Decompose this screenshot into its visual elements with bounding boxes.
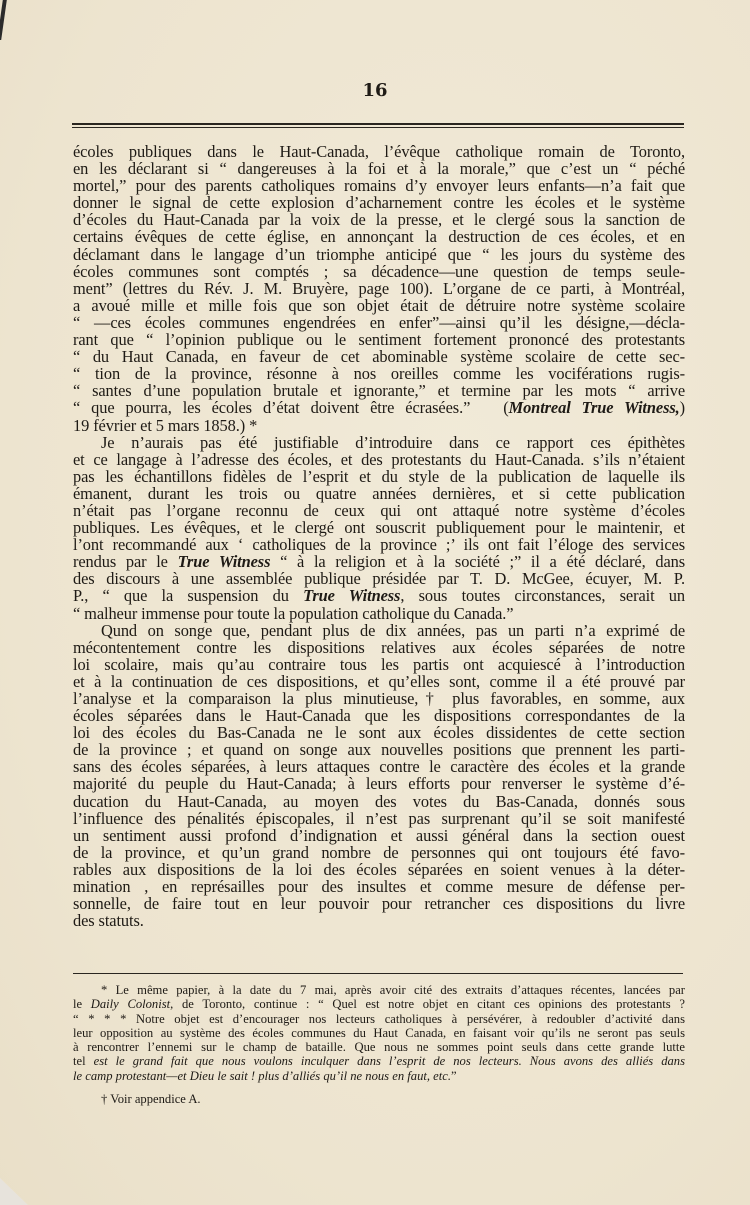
- text-line: rables aux dispositions de la loi des éc…: [73, 861, 685, 878]
- paragraph-2: Je n’aurais pas été justifiable d’introd…: [73, 434, 685, 622]
- text-line: en les déclarant si “ dangereuses à la f…: [73, 160, 685, 177]
- footnote-line: le Daily Colonist, de Toronto, continue …: [73, 997, 685, 1011]
- text-line: mécontentement contre les dispositions r…: [73, 639, 685, 656]
- text-line: pas les échantillons fidèles de l’esprit…: [73, 468, 685, 485]
- text-line: loi des écoles du Bas-Canada ne le sont …: [73, 724, 685, 741]
- text-line: Qund on songe que, pendant plus de dix a…: [73, 622, 685, 639]
- text-line: certains évêques de cette église, en ann…: [73, 228, 685, 245]
- text-line: rendus par le True Witness “ à la religi…: [73, 553, 685, 570]
- footnote-line: le camp protestant—et Dieu le sait ! plu…: [73, 1069, 685, 1083]
- text-line: émanent, durant les trois ou quatre anné…: [73, 485, 685, 502]
- text-line: 19 février et 5 mars 1858.) *: [73, 417, 685, 434]
- publication-title: True Witness: [303, 586, 400, 605]
- footnote-line: leur opposition au système des écoles co…: [73, 1026, 685, 1040]
- text-line: P., “ que la suspension du True Witness,…: [73, 587, 685, 604]
- text-line: “ que pourra, les écoles d’état doivent …: [73, 399, 685, 416]
- text-fragment: , sous toutes circonstances, serait un: [400, 586, 685, 605]
- text-line: majorité du peuple du Haut-Canada; à leu…: [73, 775, 685, 792]
- page-edge-shadow: [0, 0, 7, 40]
- text-line: de la province ; et quand on songe aux n…: [73, 741, 685, 758]
- text-line: “ santes d’une population brutale et ign…: [73, 382, 685, 399]
- text-line: “ —ces écoles communes engendrées en enf…: [73, 314, 685, 331]
- text-line: mortel,” pour des parents catholiques ro…: [73, 177, 685, 194]
- text-line: l’analyse et la comparaison la plus minu…: [73, 690, 685, 707]
- text-line: déclamant dans le langage d’un triomphe …: [73, 246, 685, 263]
- footnote-star: * Le même papier, à la date du 7 mai, ap…: [73, 983, 685, 1083]
- footnote-line: à rencontrer l’ennemi sur le champ de ba…: [73, 1040, 685, 1054]
- document-page: 16 écoles publiques dans le Haut-Canada,…: [0, 0, 750, 1205]
- paragraph-1: écoles publiques dans le Haut-Canada, l’…: [73, 143, 685, 434]
- text-fragment: , de Toronto, continue : “ Quel est notr…: [170, 997, 685, 1011]
- text-line: n’était pas l’organe reconnu de ceux qui…: [73, 502, 685, 519]
- italic-quote: est le grand fait que nous voulons incul…: [94, 1054, 685, 1068]
- footnote-line: “ * * * Notre objet est d’encourager nos…: [73, 1012, 685, 1026]
- text-line: ment” (lettres du Rév. J. M. Bruyère, pa…: [73, 280, 685, 297]
- header-rule: [72, 123, 684, 128]
- text-line: ducation du Haut-Canada, au moyen des vo…: [73, 793, 685, 810]
- text-line: donner le signal de cette explosion d’ac…: [73, 194, 685, 211]
- text-line: l’ont recommandé aux ‘ catholiques de la…: [73, 536, 685, 553]
- text-line: écoles publiques dans le Haut-Canada, l’…: [73, 143, 685, 160]
- text-line: Je n’aurais pas été justifiable d’introd…: [73, 434, 685, 451]
- quote-text: “ que pourra, les écoles d’état doivent …: [73, 398, 470, 417]
- text-line: publiques. Les évêques, et le clergé ont…: [73, 519, 685, 536]
- text-line: rant que “ l’opinion publique ou le sent…: [73, 331, 685, 348]
- footnotes: * Le même papier, à la date du 7 mai, ap…: [73, 983, 685, 1106]
- text-line: un sentiment aussi profond d’indignation…: [73, 827, 685, 844]
- text-fragment: ”: [451, 1069, 457, 1083]
- text-line: sans des écoles séparées, à leurs attaqu…: [73, 758, 685, 775]
- citation-close: ): [680, 398, 685, 417]
- paragraph-3: Qund on songe que, pendant plus de dix a…: [73, 622, 685, 930]
- text-line: écoles communes sont comptés ; sa décade…: [73, 263, 685, 280]
- text-line: des statuts.: [73, 912, 685, 929]
- text-line: d’écoles du Haut-Canada par la voix de l…: [73, 211, 685, 228]
- text-fragment: P., “ que la suspension du: [73, 586, 303, 605]
- text-fragment: le: [73, 997, 91, 1011]
- citation-source: Montreal True Witness,: [509, 398, 680, 417]
- publication-title: Daily Colonist: [91, 997, 170, 1011]
- text-line: et ce langage à l’adresse des écoles, et…: [73, 451, 685, 468]
- footnote-dagger: † Voir appendice A.: [73, 1092, 685, 1106]
- page-number: 16: [0, 80, 750, 101]
- footnote-line: * Le même papier, à la date du 7 mai, ap…: [73, 983, 685, 997]
- text-line: “ malheur immense pour toute la populati…: [73, 605, 685, 622]
- italic-quote: le camp protestant—et Dieu le sait ! plu…: [73, 1069, 451, 1083]
- text-line: des discours à une assemblée publique pr…: [73, 570, 685, 587]
- footnote-line: tel est le grand fait que nous voulons i…: [73, 1054, 685, 1068]
- text-fragment: tel: [73, 1054, 94, 1068]
- text-line: “ du Haut Canada, en faveur de cet abomi…: [73, 348, 685, 365]
- footnote-rule: [73, 973, 683, 974]
- text-line: sonnelle, de faire tout en leur pouvoir …: [73, 895, 685, 912]
- text-line: écoles séparées dans le Haut-Canada que …: [73, 707, 685, 724]
- text-line: “ tion de la province, résonne à nos ore…: [73, 365, 685, 382]
- text-line: a avoué mille et mille fois que son obje…: [73, 297, 685, 314]
- body-text: écoles publiques dans le Haut-Canada, l’…: [73, 143, 685, 929]
- text-line: et à la continuation de ces dispositions…: [73, 673, 685, 690]
- text-line: de la province, et qu’un grand nombre de…: [73, 844, 685, 861]
- text-line: loi scolaire, mais qu’au contraire tous …: [73, 656, 685, 673]
- text-line: mination , en représailles pour des insu…: [73, 878, 685, 895]
- text-line: l’influence des pénalités épiscopales, i…: [73, 810, 685, 827]
